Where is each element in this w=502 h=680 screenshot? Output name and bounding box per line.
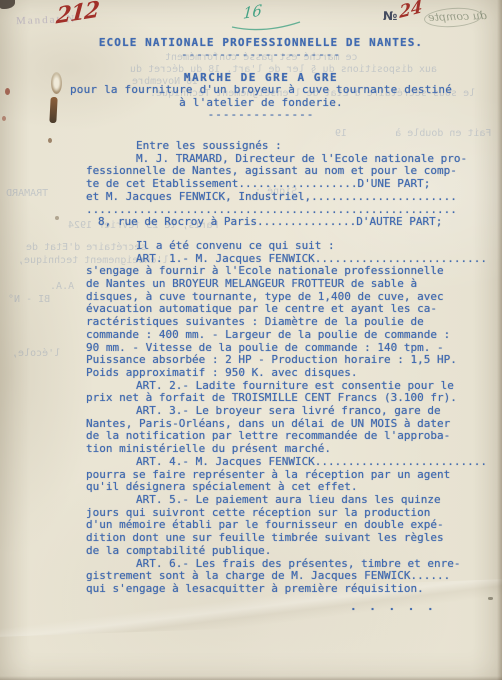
document-heading: ECOLE NATIONALE PROFESSIONNELLE DE NANTE… [0, 36, 502, 121]
handwritten-numero-value: 24 [399, 0, 422, 23]
document-page: ce marché est passé conformémentaux disp… [0, 0, 502, 680]
numero-stamp: № [383, 9, 397, 23]
typed-line: commande : 400 mm. - Largeur de la pouli… [86, 329, 491, 342]
typed-line: et M. Jacques FENWICK, Industriel,......… [86, 191, 491, 204]
bleedthrough-text: Fait en double à 19 [335, 128, 492, 139]
typed-line: Il a été convenu ce qui suit : [86, 240, 491, 253]
paper-speck [55, 216, 59, 220]
handwritten-mandat-number: 212 [55, 0, 100, 30]
typed-line: ART. 5.- Le paiement aura lieu dans les … [86, 494, 491, 507]
typed-line: de la comptabilité publique. [86, 545, 491, 558]
folio-underline-flourish [228, 18, 306, 34]
typed-line: ART. 4.- M. Jacques FENWICK.............… [86, 456, 491, 469]
typed-line: gistrement sont à la charge de M. Jacque… [86, 570, 491, 583]
bleedthrough-text: A.A. [50, 281, 74, 292]
typed-body: Entre les soussignés :M. J. TRAMARD, Dir… [86, 140, 491, 596]
typed-line: de Nantes un BROYEUR MELANGEUR FROTTEUR … [86, 278, 491, 291]
typed-line: Poids approximatif : 950 K. avec disques… [86, 367, 491, 380]
typed-line: ractéristiques suivantes : Diamètre de l… [86, 316, 491, 329]
typed-line: 8, rue de Rocroy à Paris...............D… [86, 216, 491, 229]
paper-speck [48, 138, 52, 143]
typed-line: tion ministérielle du présent marché. [86, 443, 491, 456]
heading-rule: -------------- [20, 109, 502, 121]
bleedthrough-text: TRAMARD [6, 188, 48, 199]
typed-line: Entre les soussignés : [86, 140, 491, 153]
document-subtitle-line1: pour la fourniture d'un broyeur à cuve t… [20, 84, 502, 97]
typed-line: ART. 3.- Le broyeur sera livré franco, g… [86, 405, 491, 418]
bleedthrough-text: BI - N° [8, 294, 50, 305]
end-marks: . . . . . [350, 600, 437, 613]
paper-edge-shadow [0, 676, 502, 680]
heading-rule: --------------------- [20, 49, 502, 61]
bleedthrough-text: l'école, [12, 348, 60, 359]
typed-line: qui s'engage à lesacquitter à première r… [86, 583, 491, 596]
numero-note-script: du compte [428, 9, 487, 24]
typed-line: te de cet Etablissement.................… [86, 178, 491, 191]
paper-corner-stain [0, 0, 15, 9]
typed-line: dition dont une sur feuille timbrée suiv… [86, 532, 491, 545]
